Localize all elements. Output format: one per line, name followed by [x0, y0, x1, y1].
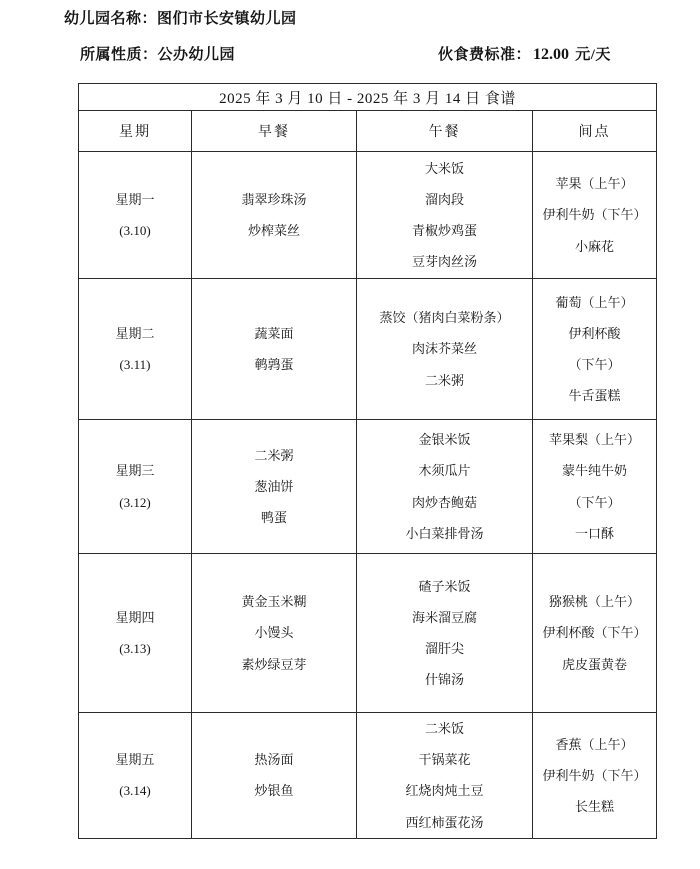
lunch-cell: 碴子米饭海米溜豆腐溜肝尖什锦汤 [357, 554, 533, 713]
day-cell: 星期三(3.12) [79, 420, 192, 554]
menu-item: 西红柿蛋花汤 [357, 807, 532, 838]
menu-item: （下午） [533, 349, 656, 380]
menu-item: 虎皮蛋黄卷 [533, 649, 656, 680]
day-cell: 星期一(3.10) [79, 152, 192, 279]
menu-item: 炒榨菜丝 [192, 215, 356, 246]
menu-item: 长生糕 [533, 791, 656, 822]
fee-value: 12.00 [531, 46, 571, 63]
nature-label: 所属性质： [80, 47, 158, 63]
menu-item: 溜肝尖 [357, 633, 532, 664]
day-cell: 星期四(3.13) [79, 554, 192, 713]
day-label: 星期一 [79, 184, 191, 215]
day-cell: 星期二(3.11) [79, 279, 192, 420]
fee-label: 伙食费标准： [438, 47, 531, 63]
menu-item: 小麻花 [533, 231, 656, 262]
menu-item: 大米饭 [357, 153, 532, 184]
day-label: 星期三 [79, 455, 191, 486]
menu-item: 小白菜排骨汤 [357, 518, 532, 549]
date-label: (3.13) [79, 633, 191, 664]
breakfast-cell: 翡翠珍珠汤炒榨菜丝 [192, 152, 357, 279]
menu-item: 猕猴桃（上午） [533, 586, 656, 617]
day-label: 星期四 [79, 602, 191, 633]
menu-item: 葱油饼 [192, 471, 356, 502]
menu-item: 二米饭 [357, 713, 532, 744]
day-label: 星期五 [79, 744, 191, 775]
day-label: 星期二 [79, 318, 191, 349]
date-label: (3.11) [79, 349, 191, 380]
menu-item: 金银米饭 [357, 424, 532, 455]
column-header-day: 星期 [79, 111, 192, 152]
lunch-cell: 二米饭干锅菜花红烧肉炖土豆西红柿蛋花汤 [357, 713, 533, 839]
breakfast-cell: 热汤面炒银鱼 [192, 713, 357, 839]
lunch-cell: 蒸饺（猪肉白菜粉条）肉沫芥菜丝二米粥 [357, 279, 533, 420]
menu-item: 蒙牛纯牛奶 [533, 455, 656, 486]
menu-item: 肉炒杏鲍菇 [357, 487, 532, 518]
lunch-cell: 大米饭溜肉段青椒炒鸡蛋豆芽肉丝汤 [357, 152, 533, 279]
menu-item: 蔬菜面 [192, 318, 356, 349]
date-label: (3.12) [79, 487, 191, 518]
menu-item: 苹果梨（上午） [533, 424, 656, 455]
menu-item: 素炒绿豆芽 [192, 649, 356, 680]
menu-row-311: 星期二(3.11)蔬菜面鹌鹑蛋蒸饺（猪肉白菜粉条）肉沫芥菜丝二米粥葡萄（上午）伊… [79, 279, 657, 420]
snack-cell: 猕猴桃（上午）伊利杯酸（下午）虎皮蛋黄卷 [533, 554, 657, 713]
date-label: (3.14) [79, 775, 191, 806]
column-header-snack: 间点 [533, 111, 657, 152]
snack-cell: 苹果梨（上午）蒙牛纯牛奶（下午）一口酥 [533, 420, 657, 554]
menu-item: 伊利杯酸（下午） [533, 617, 656, 648]
menu-row-310: 星期一(3.10)翡翠珍珠汤炒榨菜丝大米饭溜肉段青椒炒鸡蛋豆芽肉丝汤苹果（上午）… [79, 152, 657, 279]
day-cell: 星期五(3.14) [79, 713, 192, 839]
kindergarten-name-label: 幼儿园名称： [64, 11, 157, 27]
menu-item: 小馒头 [192, 617, 356, 648]
menu-item: 黄金玉米糊 [192, 586, 356, 617]
breakfast-cell: 黄金玉米糊小馒头素炒绿豆芽 [192, 554, 357, 713]
menu-item: 鹌鹑蛋 [192, 349, 356, 380]
menu-item: 伊利牛奶（下午） [533, 760, 656, 791]
menu-item: 碴子米饭 [357, 571, 532, 602]
menu-row-312: 星期三(3.12)二米粥葱油饼鸭蛋金银米饭木须瓜片肉炒杏鲍菇小白菜排骨汤苹果梨（… [79, 420, 657, 554]
menu-item: 海米溜豆腐 [357, 602, 532, 633]
column-header-lunch: 午餐 [357, 111, 533, 152]
menu-item: 木须瓜片 [357, 455, 532, 486]
menu-item: 一口酥 [533, 518, 656, 549]
kindergarten-name-value: 图们市长安镇幼儿园 [157, 11, 297, 27]
menu-row-314: 星期五(3.14)热汤面炒银鱼二米饭干锅菜花红烧肉炖土豆西红柿蛋花汤香蕉（上午）… [79, 713, 657, 839]
menu-item: 溜肉段 [357, 184, 532, 215]
breakfast-cell: 蔬菜面鹌鹑蛋 [192, 279, 357, 420]
column-header-row: 星期早餐午餐间点 [79, 111, 657, 152]
snack-cell: 香蕉（上午）伊利牛奶（下午）长生糕 [533, 713, 657, 839]
weekly-menu-table: 2025 年 3 月 10 日 - 2025 年 3 月 14 日 食谱 星期早… [78, 83, 657, 839]
menu-item: 二米粥 [357, 365, 532, 396]
menu-item: 伊利杯酸 [533, 318, 656, 349]
menu-item: 什锦汤 [357, 664, 532, 695]
column-header-breakfast: 早餐 [192, 111, 357, 152]
menu-item: 伊利牛奶（下午） [533, 199, 656, 230]
kindergarten-name-line: 幼儿园名称：图们市长安镇幼儿园 [64, 7, 297, 28]
menu-item: 香蕉（上午） [533, 729, 656, 760]
menu-item: 翡翠珍珠汤 [192, 184, 356, 215]
menu-item: 青椒炒鸡蛋 [357, 215, 532, 246]
lunch-cell: 金银米饭木须瓜片肉炒杏鲍菇小白菜排骨汤 [357, 420, 533, 554]
menu-row-313: 星期四(3.13)黄金玉米糊小馒头素炒绿豆芽碴子米饭海米溜豆腐溜肝尖什锦汤猕猴桃… [79, 554, 657, 713]
snack-cell: 葡萄（上午）伊利杯酸（下午）牛舌蛋糕 [533, 279, 657, 420]
menu-item: 红烧肉炖土豆 [357, 775, 532, 806]
menu-item: 炒银鱼 [192, 775, 356, 806]
menu-table-body: 星期一(3.10)翡翠珍珠汤炒榨菜丝大米饭溜肉段青椒炒鸡蛋豆芽肉丝汤苹果（上午）… [79, 152, 657, 839]
date-label: (3.10) [79, 215, 191, 246]
nature-value: 公办幼儿园 [158, 47, 236, 63]
nature-line: 所属性质：公办幼儿园 [80, 43, 235, 64]
menu-item: 鸭蛋 [192, 502, 356, 533]
menu-item: 蒸饺（猪肉白菜粉条） [357, 302, 532, 333]
breakfast-cell: 二米粥葱油饼鸭蛋 [192, 420, 357, 554]
snack-cell: 苹果（上午）伊利牛奶（下午）小麻花 [533, 152, 657, 279]
table-title-row: 2025 年 3 月 10 日 - 2025 年 3 月 14 日 食谱 [79, 84, 657, 111]
fee-line: 伙食费标准：12.00 元/天 [438, 43, 611, 64]
menu-item: 豆芽肉丝汤 [357, 246, 532, 277]
menu-item: 葡萄（上午） [533, 287, 656, 318]
menu-item: 热汤面 [192, 744, 356, 775]
menu-item: 苹果（上午） [533, 168, 656, 199]
menu-item: （下午） [533, 487, 656, 518]
menu-item: 肉沫芥菜丝 [357, 333, 532, 364]
fee-unit: 元/天 [575, 47, 611, 63]
menu-item: 牛舌蛋糕 [533, 380, 656, 411]
menu-item: 二米粥 [192, 440, 356, 471]
menu-item: 干锅菜花 [357, 744, 532, 775]
document-page: 幼儿园名称：图们市长安镇幼儿园 所属性质：公办幼儿园 伙食费标准：12.00 元… [0, 0, 700, 869]
table-title: 2025 年 3 月 10 日 - 2025 年 3 月 14 日 食谱 [79, 84, 657, 111]
